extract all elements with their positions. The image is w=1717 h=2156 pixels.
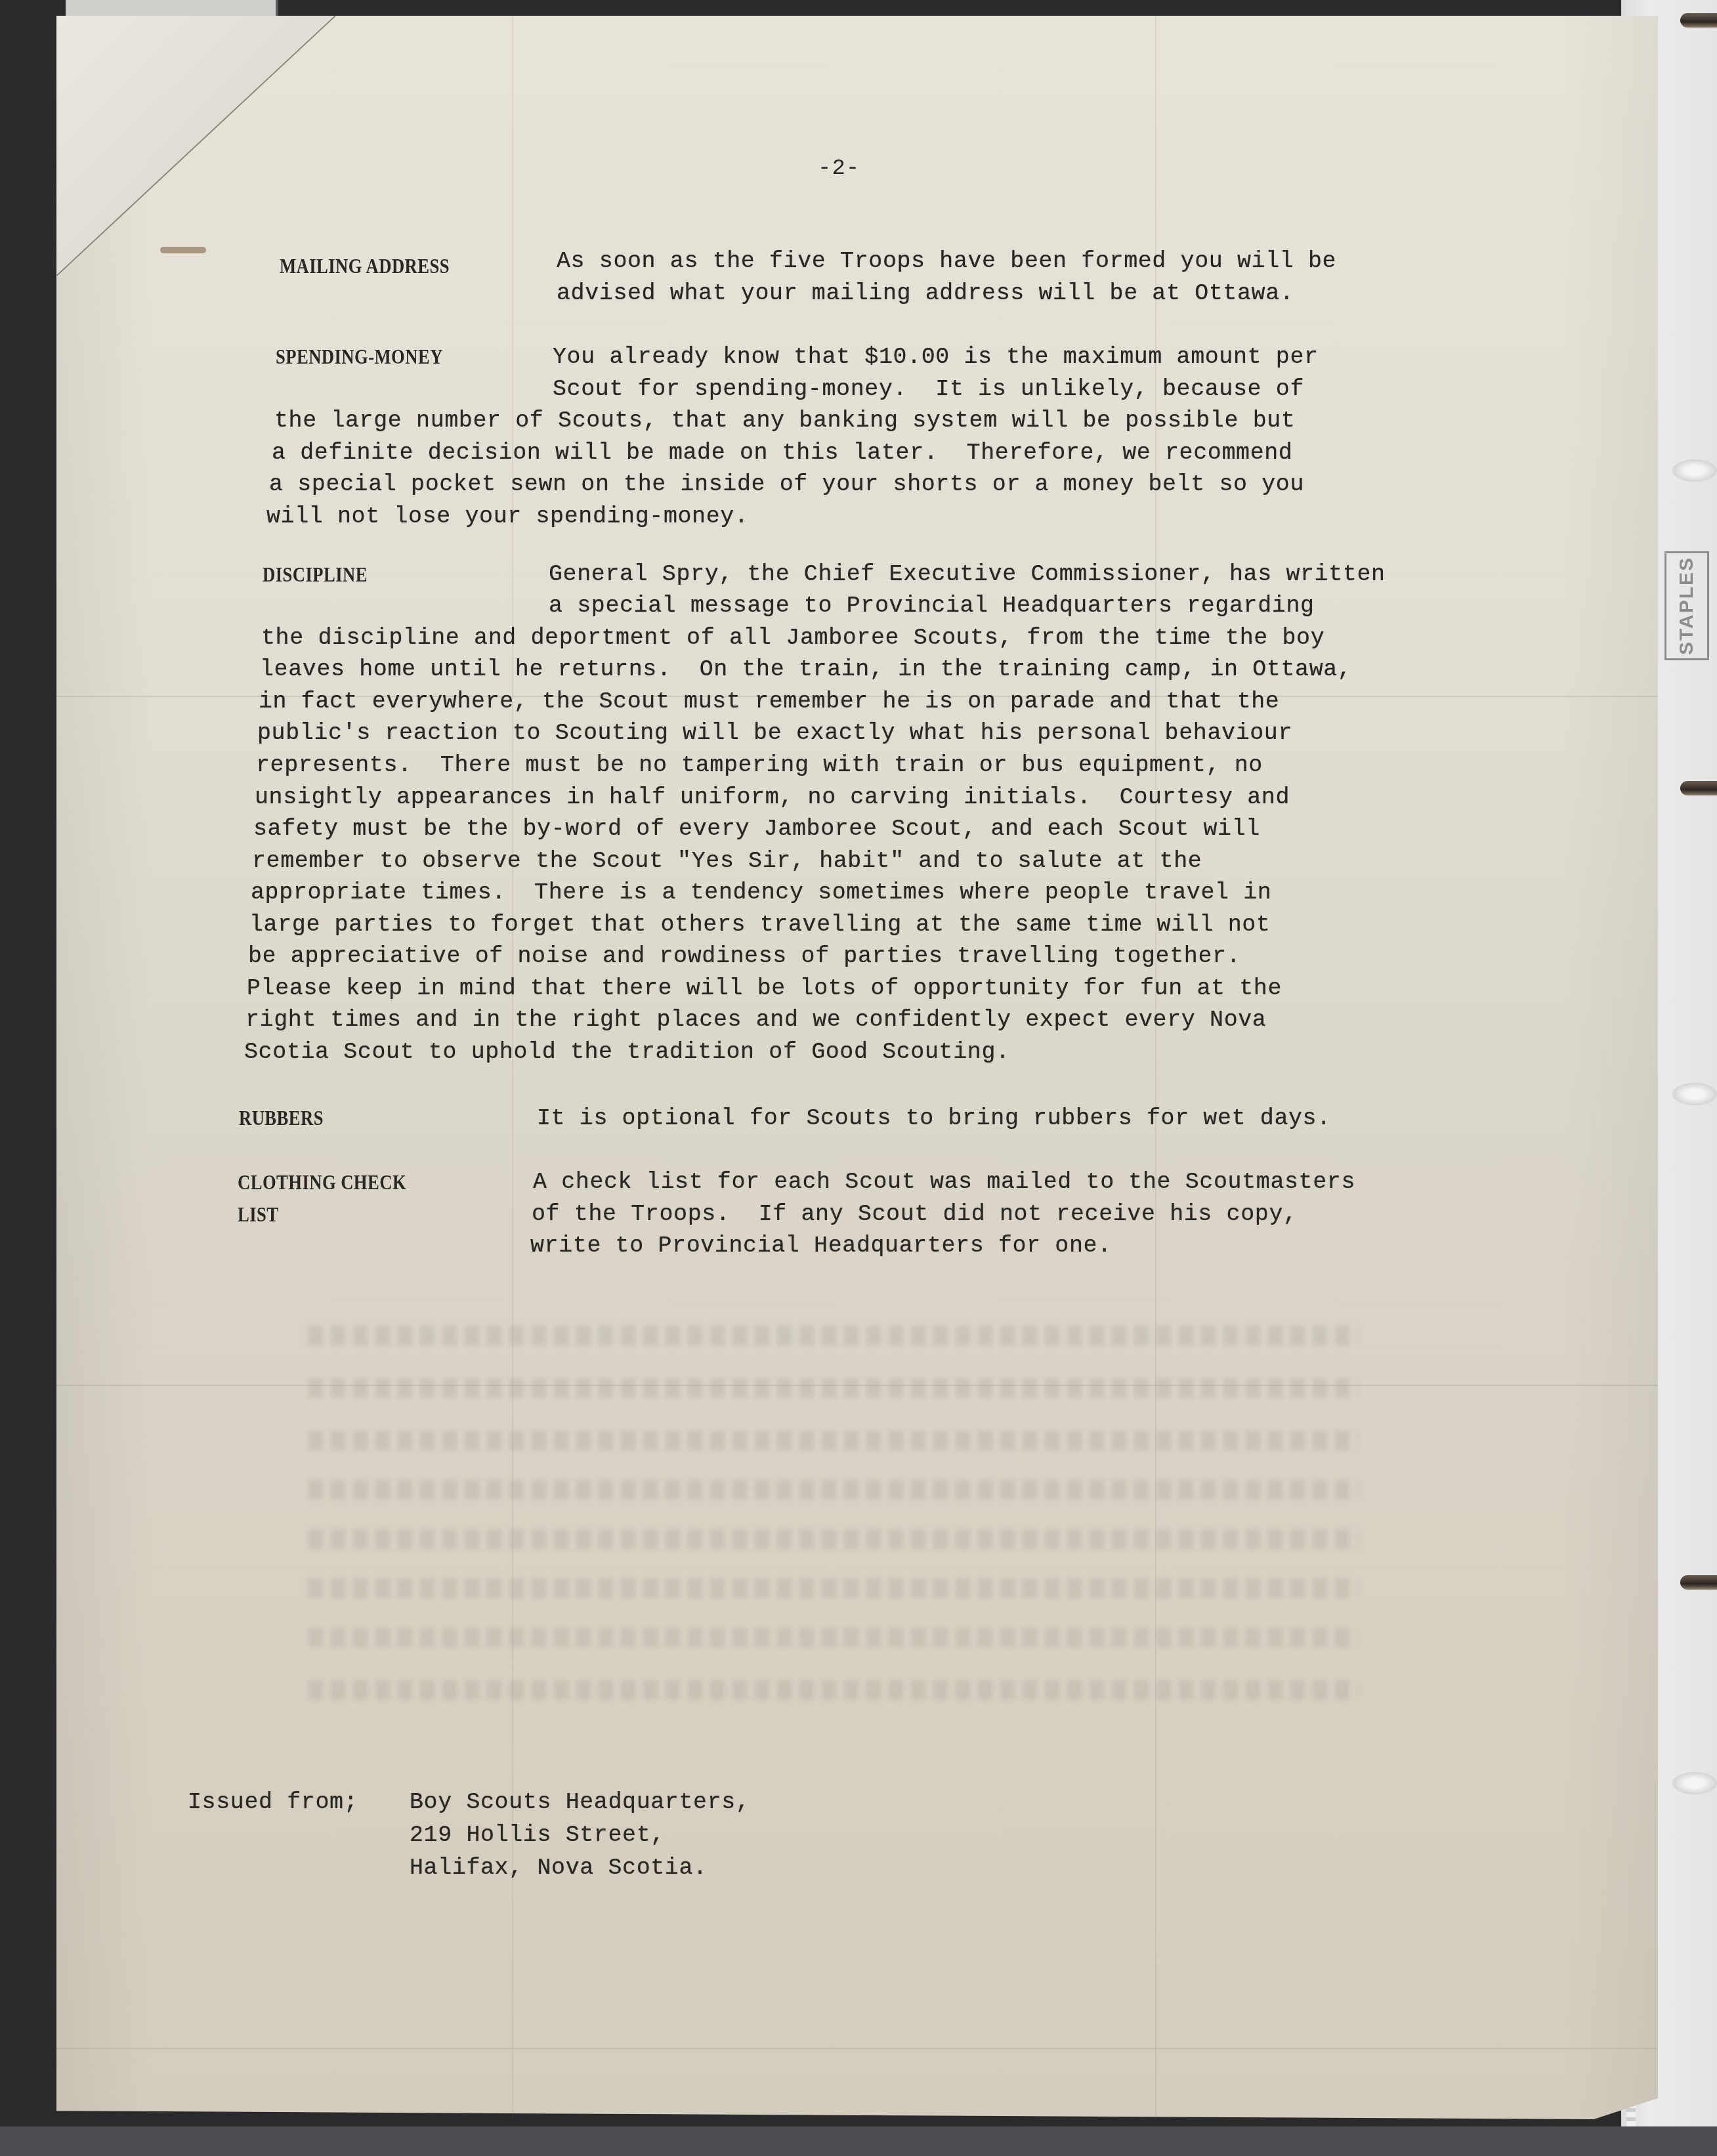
section-line: be appreciative of noise and rowdiness o… [248,941,1240,973]
section-line: a special message to Provincial Headquar… [549,590,1315,622]
address-line: Boy Scouts Headquarters, [410,1786,750,1819]
staples-stamp: STAPLES [1664,551,1709,660]
section-line: Scout for spending-money. It is unlikely… [553,373,1304,406]
bleed-through-text [308,1529,1359,1549]
section-label: MAILING ADDRESS [280,251,450,283]
section-line: remember to observe the Scout "Yes Sir, … [252,845,1202,877]
section-line: of the Troops. If any Scout did not rece… [532,1198,1298,1231]
binder-ring [1680,781,1717,795]
section-line: the large number of Scouts, that any ban… [274,405,1295,437]
issued-from-label: Issued from; [188,1786,358,1819]
binder-hole [1672,1772,1717,1794]
bleed-through-text [308,1628,1359,1647]
bleed-through-text [308,1378,1359,1398]
binder-ring [1680,1575,1717,1590]
section-line: in fact everywhere, the Scout must remem… [259,686,1279,718]
address-line: Halifax, Nova Scotia. [410,1852,708,1884]
section-line: safety must be the by-word of every Jamb… [253,813,1260,845]
section-line: It is optional for Scouts to bring rubbe… [537,1103,1331,1135]
section-line: Scotia Scout to uphold the tradition of … [244,1036,1010,1068]
bleed-through-text [308,1680,1359,1700]
bleed-through-text [308,1431,1359,1450]
fold-crease [56,2048,1658,2049]
section-label: CLOTHING CHECK LIST [238,1167,406,1231]
section-line: right times and in the right places and … [245,1004,1266,1036]
section-line: will not lose your spending-money. [266,501,749,533]
section-line: General Spry, the Chief Executive Commis… [549,559,1386,591]
section-label: RUBBERS [239,1103,324,1135]
section-label: DISCIPLINE [263,559,368,591]
section-line: large parties to forget that others trav… [249,909,1270,941]
section-line: represents. There must be no tampering w… [256,750,1263,782]
section-line: public's reaction to Scouting will be ex… [257,717,1292,750]
section-line: A check list for each Scout was mailed t… [533,1166,1355,1198]
section-line: As soon as the five Troops have been for… [557,245,1336,278]
section-line: appropriate times. There is a tendency s… [251,877,1271,909]
bleed-through-text [308,1326,1359,1345]
section-line: write to Provincial Headquarters for one… [530,1230,1112,1262]
bleed-through-text [308,1578,1359,1598]
ink-smudge [160,247,206,253]
bleed-through-text [308,1480,1359,1500]
section-line: Please keep in mind that there will be l… [247,973,1282,1005]
binder-hole [1672,459,1717,482]
bottom-surface [0,2126,1717,2156]
section-line: unsightly appearances in half uniform, n… [255,782,1290,814]
section-line: the discipline and deportment of all Jam… [261,622,1325,654]
address-line: 219 Hollis Street, [410,1819,665,1851]
section-line: a special pocket sewn on the inside of y… [269,469,1304,501]
section-line: You already know that $10.00 is the maxi… [553,341,1319,373]
section-line: a definite decision will be made on this… [272,437,1292,469]
fold-crease [1155,16,1156,2119]
section-line: leaves home until he returns. On the tra… [260,654,1351,686]
binder-ring [1680,13,1717,28]
section-line: advised what your mailing address will b… [557,278,1294,310]
page-number: -2- [818,156,860,181]
section-label: SPENDING-MONEY [276,341,443,373]
binder-hole [1672,1083,1717,1105]
